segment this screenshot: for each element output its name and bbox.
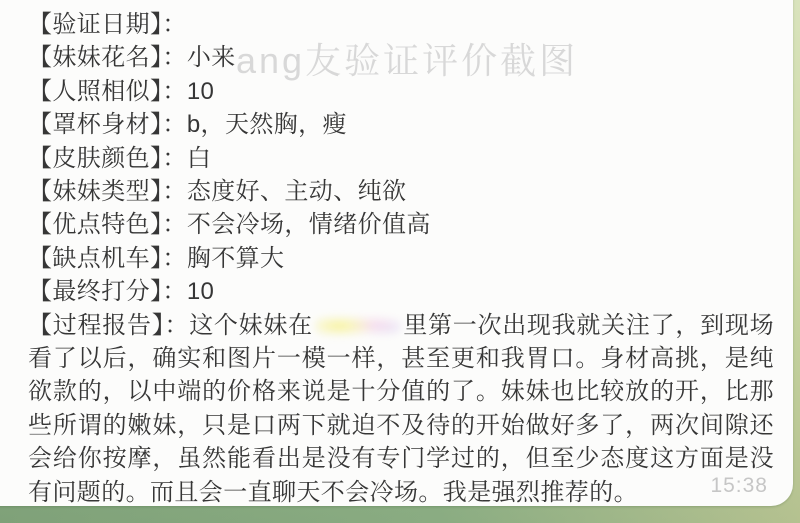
field-label: 【缺点机车】： (28, 245, 187, 272)
message-timestamp: 15:38 (710, 474, 768, 498)
field-row-type: 【妹妹类型】：态度好、主动、纯欲 (28, 175, 774, 208)
field-label: 【罩杯身材】： (28, 111, 187, 138)
field-value: 态度好、主动、纯欲 (187, 178, 407, 205)
field-label: 【妹妹类型】： (28, 178, 187, 205)
field-row-nickname: 【妹妹花名】：小来 (28, 41, 774, 74)
field-label: 【优点特色】： (28, 211, 187, 238)
field-row-final-score: 【最终打分】：10 (28, 275, 774, 308)
field-row-verify-date: 【验证日期】： (28, 8, 774, 41)
report-text-before: 这个妹妹在 (189, 312, 313, 339)
field-label: 【妹妹花名】： (28, 44, 187, 71)
chat-background: ang友验证评价截图 【验证日期】： 【妹妹花名】：小来 【人照相似】：10 【… (0, 0, 800, 523)
field-row-photo-similarity: 【人照相似】：10 (28, 75, 774, 108)
field-row-skin-tone: 【皮肤颜色】：白 (28, 142, 774, 175)
field-value: 不会冷场，情绪价值高 (187, 211, 431, 238)
report-label: 【过程报告】： (28, 312, 189, 339)
field-label: 【人照相似】： (28, 78, 187, 105)
field-label: 【验证日期】： (28, 11, 187, 38)
field-value: 胸不算大 (187, 245, 285, 272)
field-value: 10 (187, 78, 215, 105)
report-text-after: 里第一次出现我就关注了，到现场看了以后，确实和图片一模一样，甚至更和我胃口。身材… (28, 312, 774, 506)
field-value: 白 (187, 145, 211, 172)
field-value: 10 (187, 278, 215, 305)
field-value: 小来 (187, 44, 236, 71)
redaction-smudge (315, 317, 401, 335)
report-paragraph: 【过程报告】：这个妹妹在里第一次出现我就关注了，到现场看了以后，确实和图片一模一… (28, 309, 774, 509)
field-row-strengths: 【优点特色】：不会冷场，情绪价值高 (28, 208, 774, 241)
message-content: 【验证日期】： 【妹妹花名】：小来 【人照相似】：10 【罩杯身材】：b，天然胸… (28, 8, 774, 509)
field-row-figure: 【罩杯身材】：b，天然胸，瘦 (28, 108, 774, 141)
field-label: 【皮肤颜色】： (28, 145, 187, 172)
field-row-weaknesses: 【缺点机车】：胸不算大 (28, 242, 774, 275)
field-value: b，天然胸，瘦 (187, 111, 347, 138)
field-label: 【最终打分】： (28, 278, 187, 305)
